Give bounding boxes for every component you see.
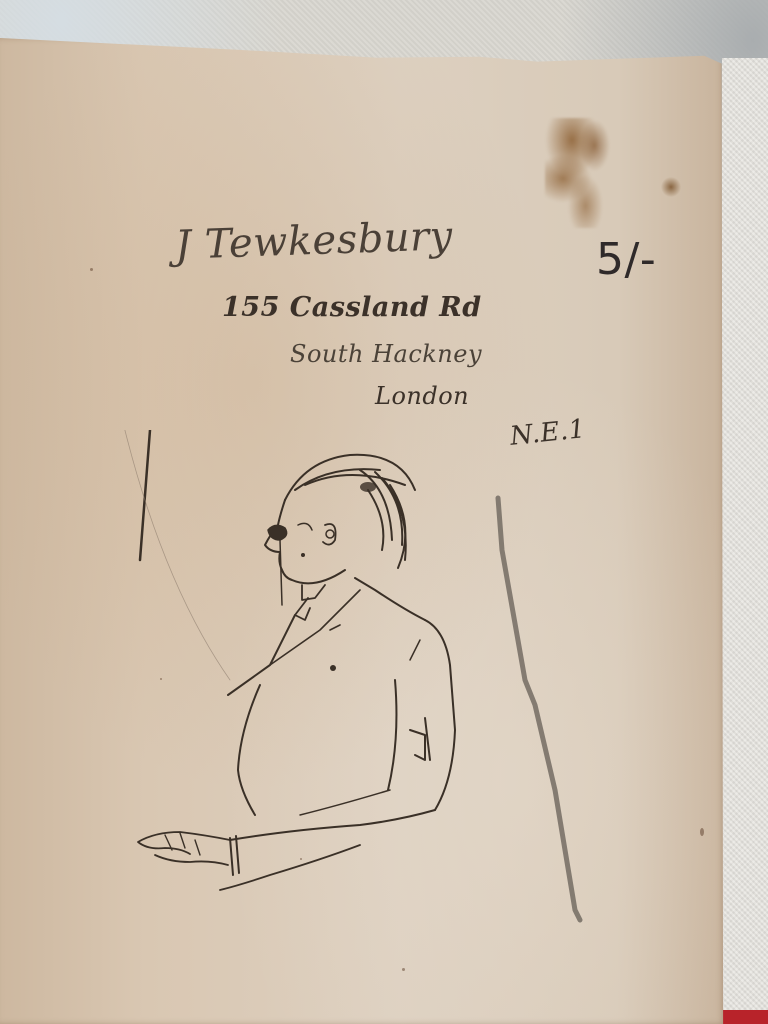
foxing-speck — [90, 268, 93, 271]
foxing-speck — [402, 968, 405, 971]
foxing-speck — [700, 828, 704, 836]
address-district: South Hackney — [290, 340, 482, 368]
foxing-stain — [545, 118, 635, 228]
foxing-stain-small — [660, 176, 682, 198]
address-street: 155 Cassland Rd — [222, 292, 482, 323]
grey-ink-stroke — [480, 490, 600, 930]
price-mark: 5/- — [596, 234, 656, 285]
book-cover-cloth — [722, 58, 768, 1024]
address-city: London — [375, 382, 469, 410]
owner-name: J Tewkesbury — [174, 213, 453, 269]
left-ink-line — [140, 430, 150, 560]
red-binding-edge — [722, 1010, 768, 1024]
